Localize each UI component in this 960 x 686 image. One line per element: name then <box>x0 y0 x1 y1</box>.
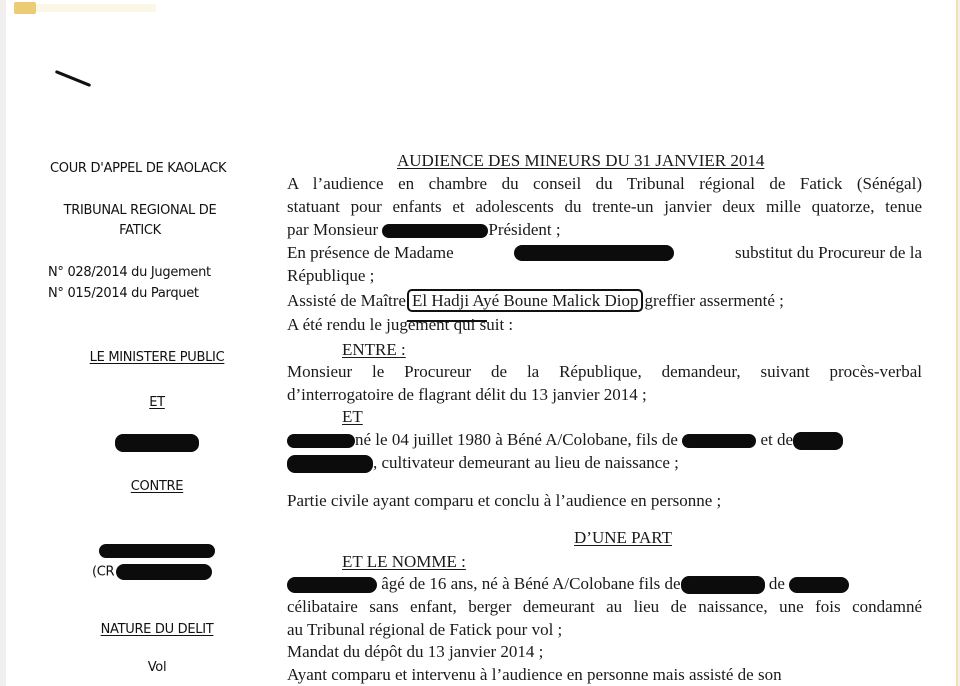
redacted-party <box>17 434 297 452</box>
redaction-mark <box>287 455 373 473</box>
text: En présence de Madame <box>287 242 454 264</box>
pen-mark <box>55 70 91 87</box>
paragraph-line: statuant pour enfants et adolescents du … <box>287 196 922 218</box>
clerk-line: Assisté de MaîtreEl Hadji Ayé Boune Mali… <box>287 290 784 312</box>
tape-mark <box>14 2 36 14</box>
d-une-part-heading: D’UNE PART <box>574 527 672 549</box>
text: Président ; <box>488 220 560 239</box>
cr-line: (CR <box>92 564 212 580</box>
redaction-mark <box>116 564 212 580</box>
tribunal-line1: TRIBUNAL REGIONAL DE <box>0 203 280 218</box>
redacted-accused <box>17 543 297 558</box>
ministere-public-label: LE MINISTERE PUBLIC <box>17 350 297 365</box>
paragraph-line: A été rendu le jugement qui suit : <box>287 314 513 336</box>
redaction-mark <box>115 434 199 452</box>
redaction-mark <box>382 224 488 238</box>
paragraph-line: d’interrogatoire de flagrant délit du 13… <box>287 384 647 406</box>
et-heading: ET <box>342 406 363 428</box>
tribunal-line2: FATICK <box>0 223 280 238</box>
redaction-mark <box>287 577 377 593</box>
paragraph-line: célibataire sans enfant, berger demeuran… <box>287 596 922 618</box>
court-of-appeal: COUR D'APPEL DE KAOLACK <box>50 161 280 176</box>
text: greffier assermenté ; <box>644 291 783 310</box>
paragraph-line: au Tribunal régional de Fatick pour vol … <box>287 619 562 641</box>
text: âgé de 16 ans, né à Béné A/Colobane fils… <box>381 574 680 593</box>
paragraph-line: Monsieur le Procureur de la République, … <box>287 361 922 383</box>
paragraph-line: Mandat du dépôt du 13 janvier 2014 ; <box>287 641 543 663</box>
et-label: ET <box>17 395 297 410</box>
entre-heading: ENTRE : <box>342 339 406 361</box>
text: par Monsieur <box>287 220 378 239</box>
redaction-mark <box>681 576 765 594</box>
paragraph-line: Ayant comparu et intervenu à l’audience … <box>287 664 782 686</box>
redaction-mark <box>682 434 756 448</box>
parquet-number: N° 015/2014 du Parquet <box>48 286 278 301</box>
president-line: par Monsieur Président ; <box>287 219 561 241</box>
accused-line: âgé de 16 ans, né à Béné A/Colobane fils… <box>287 573 849 595</box>
cr-prefix: (CR <box>92 565 114 580</box>
text: Assisté de Maître <box>287 291 406 310</box>
text: et de <box>760 430 793 449</box>
text: de <box>769 574 785 593</box>
plaintiff-line: né le 04 juillet 1980 à Béné A/Colobane,… <box>287 429 843 451</box>
circled-clerk-name: El Hadji Ayé Boune Malick Diop <box>407 289 644 312</box>
redaction-mark <box>99 544 215 558</box>
nature-du-delit-value: Vol <box>17 660 297 675</box>
nature-du-delit-label: NATURE DU DELIT <box>17 622 297 637</box>
text: né le 04 juillet 1980 à Béné A/Colobane,… <box>355 430 678 449</box>
contre-label: CONTRE <box>17 479 297 494</box>
redaction-mark <box>287 434 355 448</box>
paragraph-line: République ; <box>287 265 374 287</box>
redaction-mark <box>789 577 849 593</box>
paragraph-line: Partie civile ayant comparu et conclu à … <box>287 490 721 512</box>
et-le-nomme-heading: ET LE NOMME : <box>342 551 466 573</box>
hearing-title: AUDIENCE DES MINEURS DU 31 JANVIER 2014 <box>397 150 764 172</box>
judgment-number: N° 028/2014 du Jugement <box>48 265 278 280</box>
pen-stroke <box>407 320 487 322</box>
text: , cultivateur demeurant au lieu de naiss… <box>373 453 679 472</box>
redaction-mark <box>514 245 674 261</box>
redaction-mark <box>793 432 843 450</box>
prosecutor-line: En présence de Madame substitut du Procu… <box>287 242 922 264</box>
text: substitut du Procureur de la <box>735 242 922 264</box>
paragraph-line: A l’audience en chambre du conseil du Tr… <box>287 173 922 195</box>
plaintiff-line-2: , cultivateur demeurant au lieu de naiss… <box>287 452 679 474</box>
tape-strip <box>36 4 156 12</box>
